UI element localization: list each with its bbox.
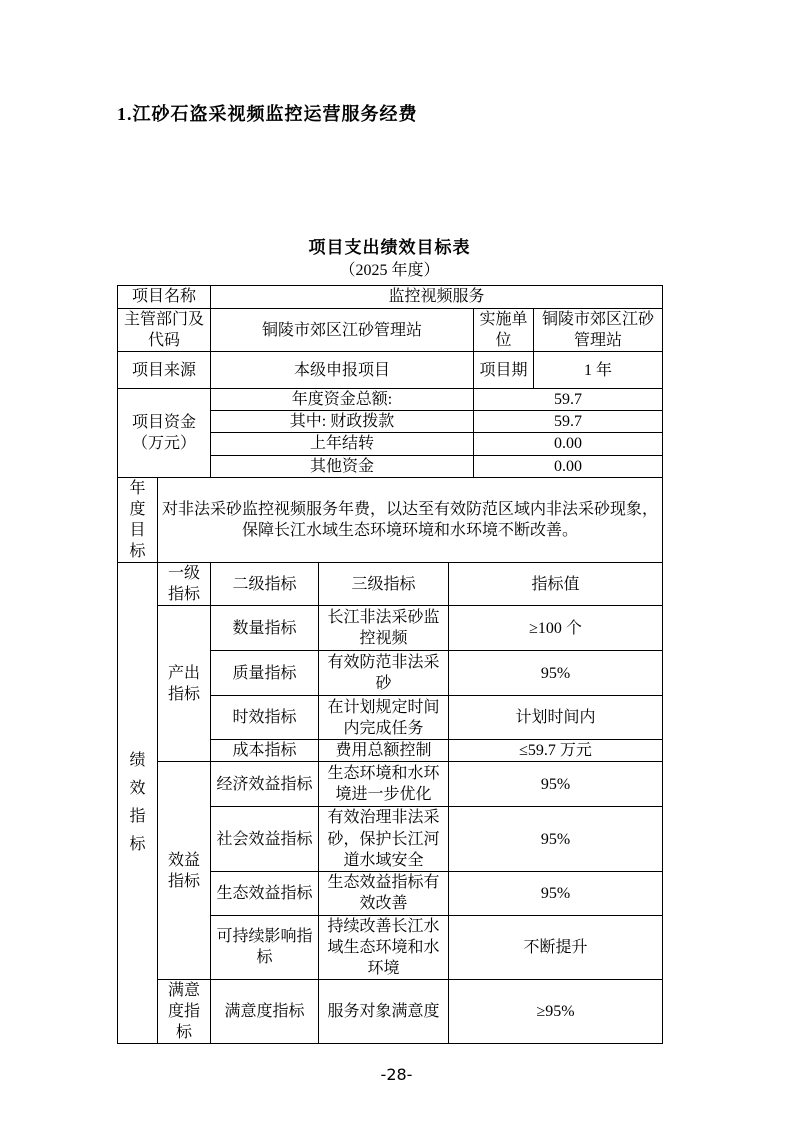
indicator-value: 95%	[449, 651, 663, 696]
indicator-l3: 持续改善长江水域生态环境和水环境	[319, 915, 449, 979]
indicator-value: 95%	[449, 762, 663, 807]
department-label: 主管部门及代码	[118, 309, 211, 352]
document-page: 1.江砂石盗采视频监控运营服务经费 项目支出绩效目标表 （2025 年度） 项目…	[0, 0, 793, 1122]
row-indicator-header: 绩效指标 一级指标 二级指标 三级指标 指标值	[118, 563, 663, 606]
header-value: 指标值	[449, 563, 663, 606]
indicator-value: ≥100 个	[449, 606, 663, 651]
indicator-l3: 生态效益指标有效改善	[319, 871, 449, 915]
table-subtitle: （2025 年度）	[117, 260, 662, 281]
fund-total-value: 59.7	[474, 389, 663, 411]
indicator-l3: 在计划规定时间内完成任务	[319, 696, 449, 740]
row-fund-total: 项目资金（万元） 年度资金总额: 59.7	[118, 389, 663, 411]
performance-target-table: 项目名称 监控视频服务 主管部门及代码 铜陵市郊区江砂管理站 实施单位 铜陵市郊…	[117, 285, 663, 1044]
fund-total-label: 年度资金总额:	[211, 389, 474, 411]
header-level2: 二级指标	[211, 563, 319, 606]
source-value: 本级申报项目	[211, 352, 474, 389]
indicator-l2: 经济效益指标	[211, 762, 319, 807]
indicator-l3: 生态环境和水环境进一步优化	[319, 762, 449, 807]
department-value: 铜陵市郊区江砂管理站	[211, 309, 474, 352]
indicator-l2: 可持续影响指标	[211, 915, 319, 979]
row-satisfaction: 满意度指标 满意度指标 服务对象满意度 ≥95%	[118, 980, 663, 1044]
row-annual-goal: 年度目标 对非法采砂监控视频服务年费，以达至有效防范区域内非法采砂现象，保障长江…	[118, 477, 663, 562]
funds-label: 项目资金（万元）	[118, 389, 211, 477]
period-value: 1 年	[534, 352, 663, 389]
section-heading: 1.江砂石盗采视频监控运营服务经费	[117, 100, 418, 126]
fund-fiscal-value: 59.7	[474, 411, 663, 433]
header-level3: 三级指标	[319, 563, 449, 606]
row-department: 主管部门及代码 铜陵市郊区江砂管理站 实施单位 铜陵市郊区江砂管理站	[118, 309, 663, 352]
fund-fiscal-label: 其中: 财政拨款	[211, 411, 474, 433]
indicator-value: 95%	[449, 871, 663, 915]
indicator-l3: 服务对象满意度	[319, 980, 449, 1044]
indicator-value: 95%	[449, 807, 663, 871]
period-label: 项目期	[474, 352, 534, 389]
impl-unit-value: 铜陵市郊区江砂管理站	[534, 309, 663, 352]
indicator-l2: 社会效益指标	[211, 807, 319, 871]
indicator-l2: 质量指标	[211, 651, 319, 696]
indicator-l3: 有效防范非法采砂	[319, 651, 449, 696]
header-level1: 一级指标	[158, 563, 211, 606]
table-title: 项目支出绩效目标表	[117, 236, 662, 260]
row-quantity-indicator: 产出指标 数量指标 长江非法采砂监控视频 ≥100 个	[118, 606, 663, 651]
indicator-l3: 费用总额控制	[319, 740, 449, 762]
page-number: -28-	[0, 1065, 793, 1084]
fund-carryover-label: 上年结转	[211, 433, 474, 455]
indicator-value: ≥95%	[449, 980, 663, 1044]
indicator-l3: 长江非法采砂监控视频	[319, 606, 449, 651]
annual-goal-text: 对非法采砂监控视频服务年费，以达至有效防范区域内非法采砂现象，保障长江水域生态环…	[158, 477, 663, 562]
project-name-label: 项目名称	[118, 286, 211, 309]
table-title-block: 项目支出绩效目标表 （2025 年度）	[117, 236, 662, 281]
fund-other-value: 0.00	[474, 455, 663, 477]
indicator-l2: 时效指标	[211, 696, 319, 740]
group-satisfaction-label: 满意度指标	[158, 980, 211, 1044]
impl-unit-label: 实施单位	[474, 309, 534, 352]
indicator-value: 不断提升	[449, 915, 663, 979]
indicator-l2: 生态效益指标	[211, 871, 319, 915]
indicator-value: 计划时间内	[449, 696, 663, 740]
indicator-l2: 数量指标	[211, 606, 319, 651]
perf-label-cell: 绩效指标	[118, 563, 158, 1044]
indicator-l3: 有效治理非法采砂，保护长江河道水域安全	[319, 807, 449, 871]
project-name-value: 监控视频服务	[211, 286, 663, 309]
row-economic-benefit: 效益指标 经济效益指标 生态环境和水环境进一步优化 95%	[118, 762, 663, 807]
fund-other-label: 其他资金	[211, 455, 474, 477]
perf-vertical-label: 绩效指标	[129, 747, 147, 859]
indicator-l2: 成本指标	[211, 740, 319, 762]
group-output-label: 产出指标	[158, 606, 211, 762]
group-benefit-label: 效益指标	[158, 762, 211, 980]
indicator-l2: 满意度指标	[211, 980, 319, 1044]
indicator-value: ≤59.7 万元	[449, 740, 663, 762]
source-label: 项目来源	[118, 352, 211, 389]
annual-goal-label: 年度目标	[118, 477, 158, 562]
row-project-name: 项目名称 监控视频服务	[118, 286, 663, 309]
row-project-source: 项目来源 本级申报项目 项目期 1 年	[118, 352, 663, 389]
fund-carryover-value: 0.00	[474, 433, 663, 455]
